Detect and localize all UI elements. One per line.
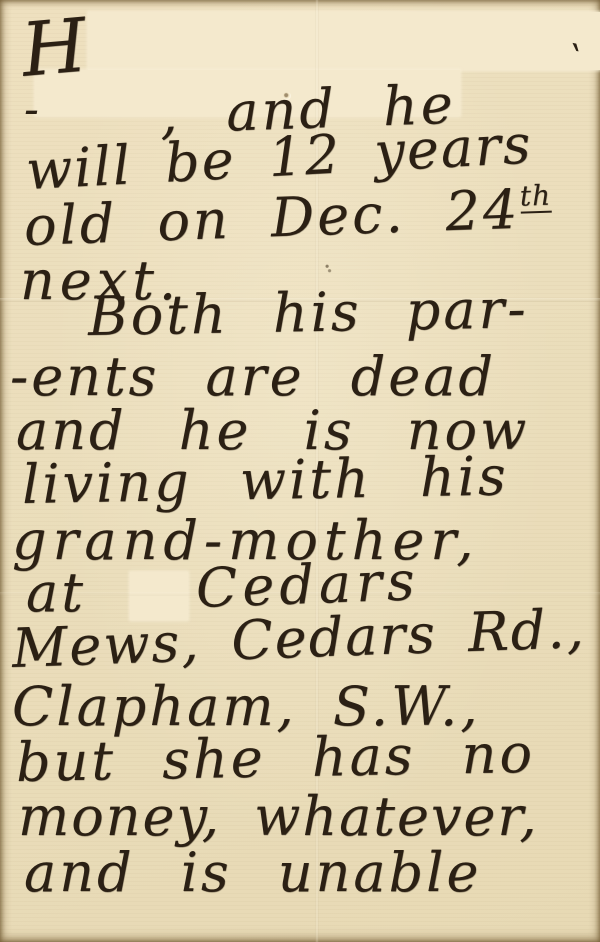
ordinal-superscript: th — [519, 182, 551, 214]
handwritten-line-8: living with his — [22, 450, 510, 512]
handwritten-line-6: -ents are dead — [10, 350, 496, 404]
handwritten-line-5: Both his par- — [88, 282, 529, 344]
handwritten-line-15: and is unable — [24, 846, 481, 900]
handwritten-line-13: but she has no — [16, 727, 536, 790]
handwritten-line-10-word-at: at — [26, 566, 86, 620]
letter-page: H - ` , and he will be 12 years old on D… — [0, 0, 600, 942]
stray-dash-mark: - — [24, 88, 39, 132]
handwritten-line-14: money, whatever, — [18, 790, 538, 844]
letter-initial-H: H — [19, 8, 93, 88]
redaction-patch-top-right — [88, 12, 600, 70]
ink-smudge — [325, 264, 332, 273]
handwritten-line-11: Mews, Cedars Rd., — [11, 602, 586, 676]
handwritten-line-3: old on Dec. 24th — [23, 182, 552, 254]
